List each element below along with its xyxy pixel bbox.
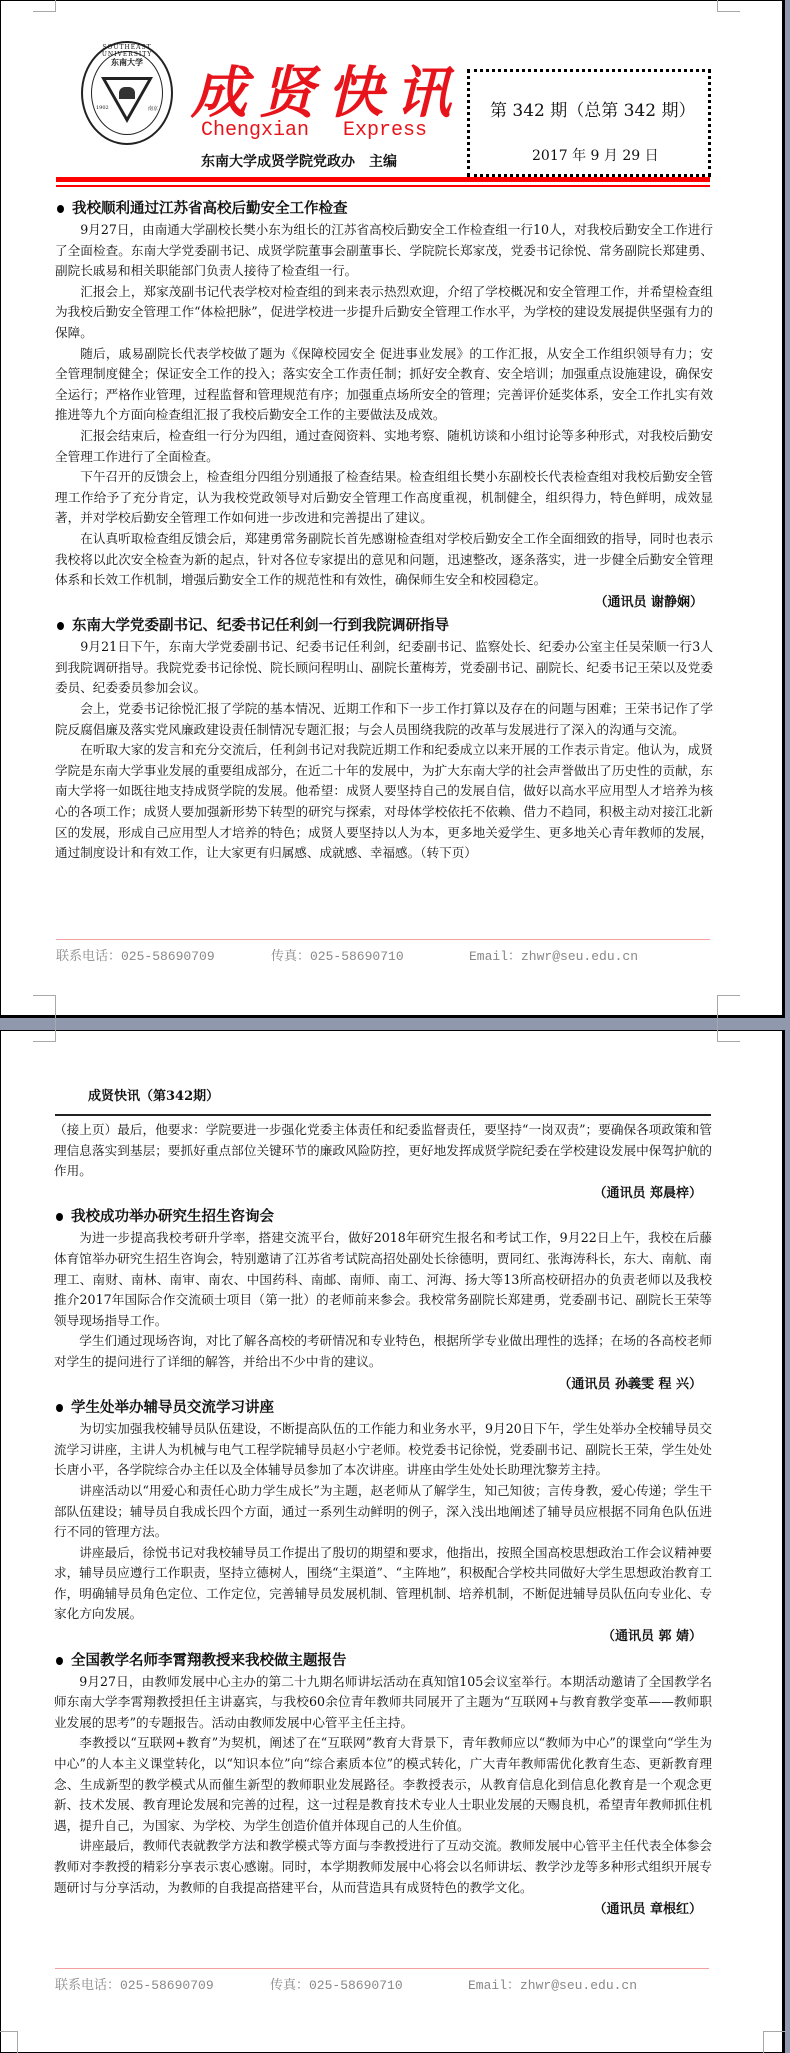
article-paragraph: 随后，戚易副院长代表学校做了题为《保障校园安全 促进事业发展》的工作汇报，从安全…	[55, 344, 713, 426]
footer-fax: 传真：025-58690710	[271, 945, 404, 964]
footer-fax: 传真：025-58690710	[270, 1974, 403, 1993]
running-head-rule	[55, 1114, 711, 1116]
page1-content: 我校顺利通过江苏省高校后勤安全工作检查 9月27日，由南通大学副校长樊小东为组长…	[55, 198, 713, 864]
article-paragraph: 讲座活动以“用爱心和责任心助力学生成长”为主题，赵老师从了解学生，知己知彼；言传…	[54, 1481, 712, 1543]
page-corner-mark	[33, 0, 56, 12]
article-paragraph: 汇报会上，郑家茂副书记代表学校对检查组的到来表示热烈欢迎，介绍了学校概况和安全管…	[55, 282, 713, 344]
footer-rule	[55, 1968, 709, 1969]
page2-content: （接上页）最后，他要求：学院要进一步强化党委主体责任和纪委监督责任，要坚持“一岗…	[54, 1120, 712, 1923]
article-title: 我校成功举办研究生招生咨询会	[54, 1206, 712, 1228]
university-seal-logo: SOUTHEAST UNIVERSITY 东南大学 1902 南京	[81, 41, 173, 145]
article-byline: （通讯员 谢静娴）	[55, 593, 703, 614]
masthead-title-en: Chengxian Express	[201, 119, 427, 142]
seal-cn-text: 东南大学	[83, 57, 171, 68]
article-paragraph: 讲座最后，教师代表就教学方法和教学模式等方面与李教授进行了互动交流。教师发展中心…	[54, 1836, 712, 1898]
masthead-title-cn: 成贤快讯	[191, 49, 463, 129]
article-paragraph: 在听取大家的发言和充分交流后，任利剑书记对我院近期工作和纪委成立以来开展的工作表…	[55, 740, 713, 864]
masthead-editor: 东南大学成贤学院党政办 主编	[201, 151, 397, 171]
issue-number: 第 342 期（总第 342 期）	[490, 96, 696, 121]
article: 全国教学名师李霄翔教授来我校做主题报告 9月27日，由教师发展中心主办的第二十九…	[54, 1650, 712, 1921]
article: 我校顺利通过江苏省高校后勤安全工作检查 9月27日，由南通大学副校长樊小东为组长…	[55, 198, 713, 613]
page-corner-mark	[0, 2031, 18, 2053]
article-paragraph: 9月21日下午，东南大学党委副书记、纪委书记任利剑，纪委副书记、监察处长、纪委办…	[55, 637, 713, 699]
bullet-icon	[56, 1404, 63, 1412]
footer-email: Email：zhwr@seu.edu.cn	[469, 945, 638, 964]
article-paragraph: 为进一步提高我校考研升学率，搭建交流平台，做好2018年研究生报名和考试工作，9…	[54, 1228, 712, 1331]
issue-info-box: 第 342 期（总第 342 期） 2017 年 9 月 29 日	[467, 69, 711, 177]
footer-rule	[56, 939, 710, 940]
article-byline: （通讯员 孙義雯 程 兴）	[54, 1375, 702, 1396]
article-paragraph: 9月27日，由教师发展中心主办的第二十九期名师讲坛活动在真知馆105会议室举行。…	[54, 1672, 712, 1734]
article-paragraph: 在认真听取检查组反馈会后，郑建勇常务副院长首先感谢检查组对学校后勤安全工作全面细…	[55, 529, 713, 591]
article-paragraph: 讲座最后，徐悦书记对我校辅导员工作提出了殷切的期望和要求，他指出，按照全国高校思…	[54, 1543, 712, 1625]
seal-year: 1902	[96, 105, 109, 111]
article-byline: （通讯员 郭 婧）	[54, 1627, 702, 1648]
article-title: 东南大学党委副书记、纪委书记任利剑一行到我院调研指导	[55, 615, 713, 637]
footer-phone: 联系电话：025-58690709	[55, 1974, 214, 1993]
footer-email: Email：zhwr@seu.edu.cn	[468, 1974, 637, 1993]
article-byline: （通讯员 郑晨梓）	[54, 1184, 702, 1205]
article-title: 我校顺利通过江苏省高校后勤安全工作检查	[55, 198, 713, 220]
bullet-icon	[56, 1213, 63, 1221]
article: 学生处举办辅导员交流学习讲座 为切实加强我校辅导员队伍建设，不断提高队伍的工作能…	[54, 1397, 712, 1648]
page-corner-mark	[33, 995, 56, 1018]
bullet-icon	[57, 205, 64, 213]
issue-date: 2017 年 9 月 29 日	[532, 145, 659, 165]
seal-arc-text: SOUTHEAST UNIVERSITY	[83, 44, 171, 58]
article-byline: （通讯员 章根红）	[54, 1900, 702, 1921]
bullet-icon	[56, 1657, 63, 1665]
article-title: 学生处举办辅导员交流学习讲座	[54, 1397, 712, 1419]
article-paragraph: 汇报会结束后，检查组一行分为四组，通过查阅资料、实地考察、随机访谈和小组讨论等多…	[55, 426, 713, 467]
bullet-icon	[57, 622, 64, 630]
article: 东南大学党委副书记、纪委书记任利剑一行到我院调研指导 9月21日下午，东南大学党…	[55, 615, 713, 864]
document-page-1: SOUTHEAST UNIVERSITY 东南大学 1902 南京 成贤快讯 C…	[0, 0, 785, 1018]
article-paragraph: 李教授以“互联网+教育”为契机，阐述了在“互联网”教育大背景下，青年教师应以“教…	[54, 1733, 712, 1836]
article-title: 全国教学名师李霄翔教授来我校做主题报告	[54, 1650, 712, 1672]
article-paragraph: 会上，党委书记徐悦汇报了学院的基本情况、近期工作和下一步工作打算以及存在的问题与…	[55, 699, 713, 740]
building-icon	[119, 87, 135, 99]
masthead-rule-thick	[56, 177, 710, 182]
seal-city: 南京	[148, 105, 158, 112]
article: 我校成功举办研究生招生咨询会 为进一步提高我校考研升学率，搭建交流平台，做好20…	[54, 1206, 712, 1395]
page-corner-mark	[763, 2031, 786, 2053]
page-corner-mark	[717, 0, 740, 12]
article-paragraph: 为切实加强我校辅导员队伍建设，不断提高队伍的工作能力和业务水平，9月20日下午，…	[54, 1419, 712, 1481]
article-continued-paragraph: （接上页）最后，他要求：学院要进一步强化党委主体责任和纪委监督责任，要坚持“一岗…	[54, 1120, 712, 1182]
article-paragraph: 学生们通过现场咨询，对比了解各高校的考研情况和专业特色，根据所学专业做出理性的选…	[54, 1331, 712, 1372]
masthead-rule-thin	[56, 185, 710, 187]
page-corner-mark	[717, 1019, 740, 1042]
running-head: 成贤快讯（第342期）	[88, 1085, 219, 1104]
article-paragraph: 下午召开的反馈会上，检查组分四组分别通报了检查结果。检查组组长樊小东副校长代表检…	[55, 467, 713, 529]
article-paragraph: 9月27日，由南通大学副校长樊小东为组长的江苏省高校后勤安全工作检查组一行10人…	[55, 220, 713, 282]
footer-phone: 联系电话：025-58690709	[56, 945, 215, 964]
page-corner-mark	[33, 1019, 56, 1042]
page-corner-mark	[717, 995, 740, 1018]
